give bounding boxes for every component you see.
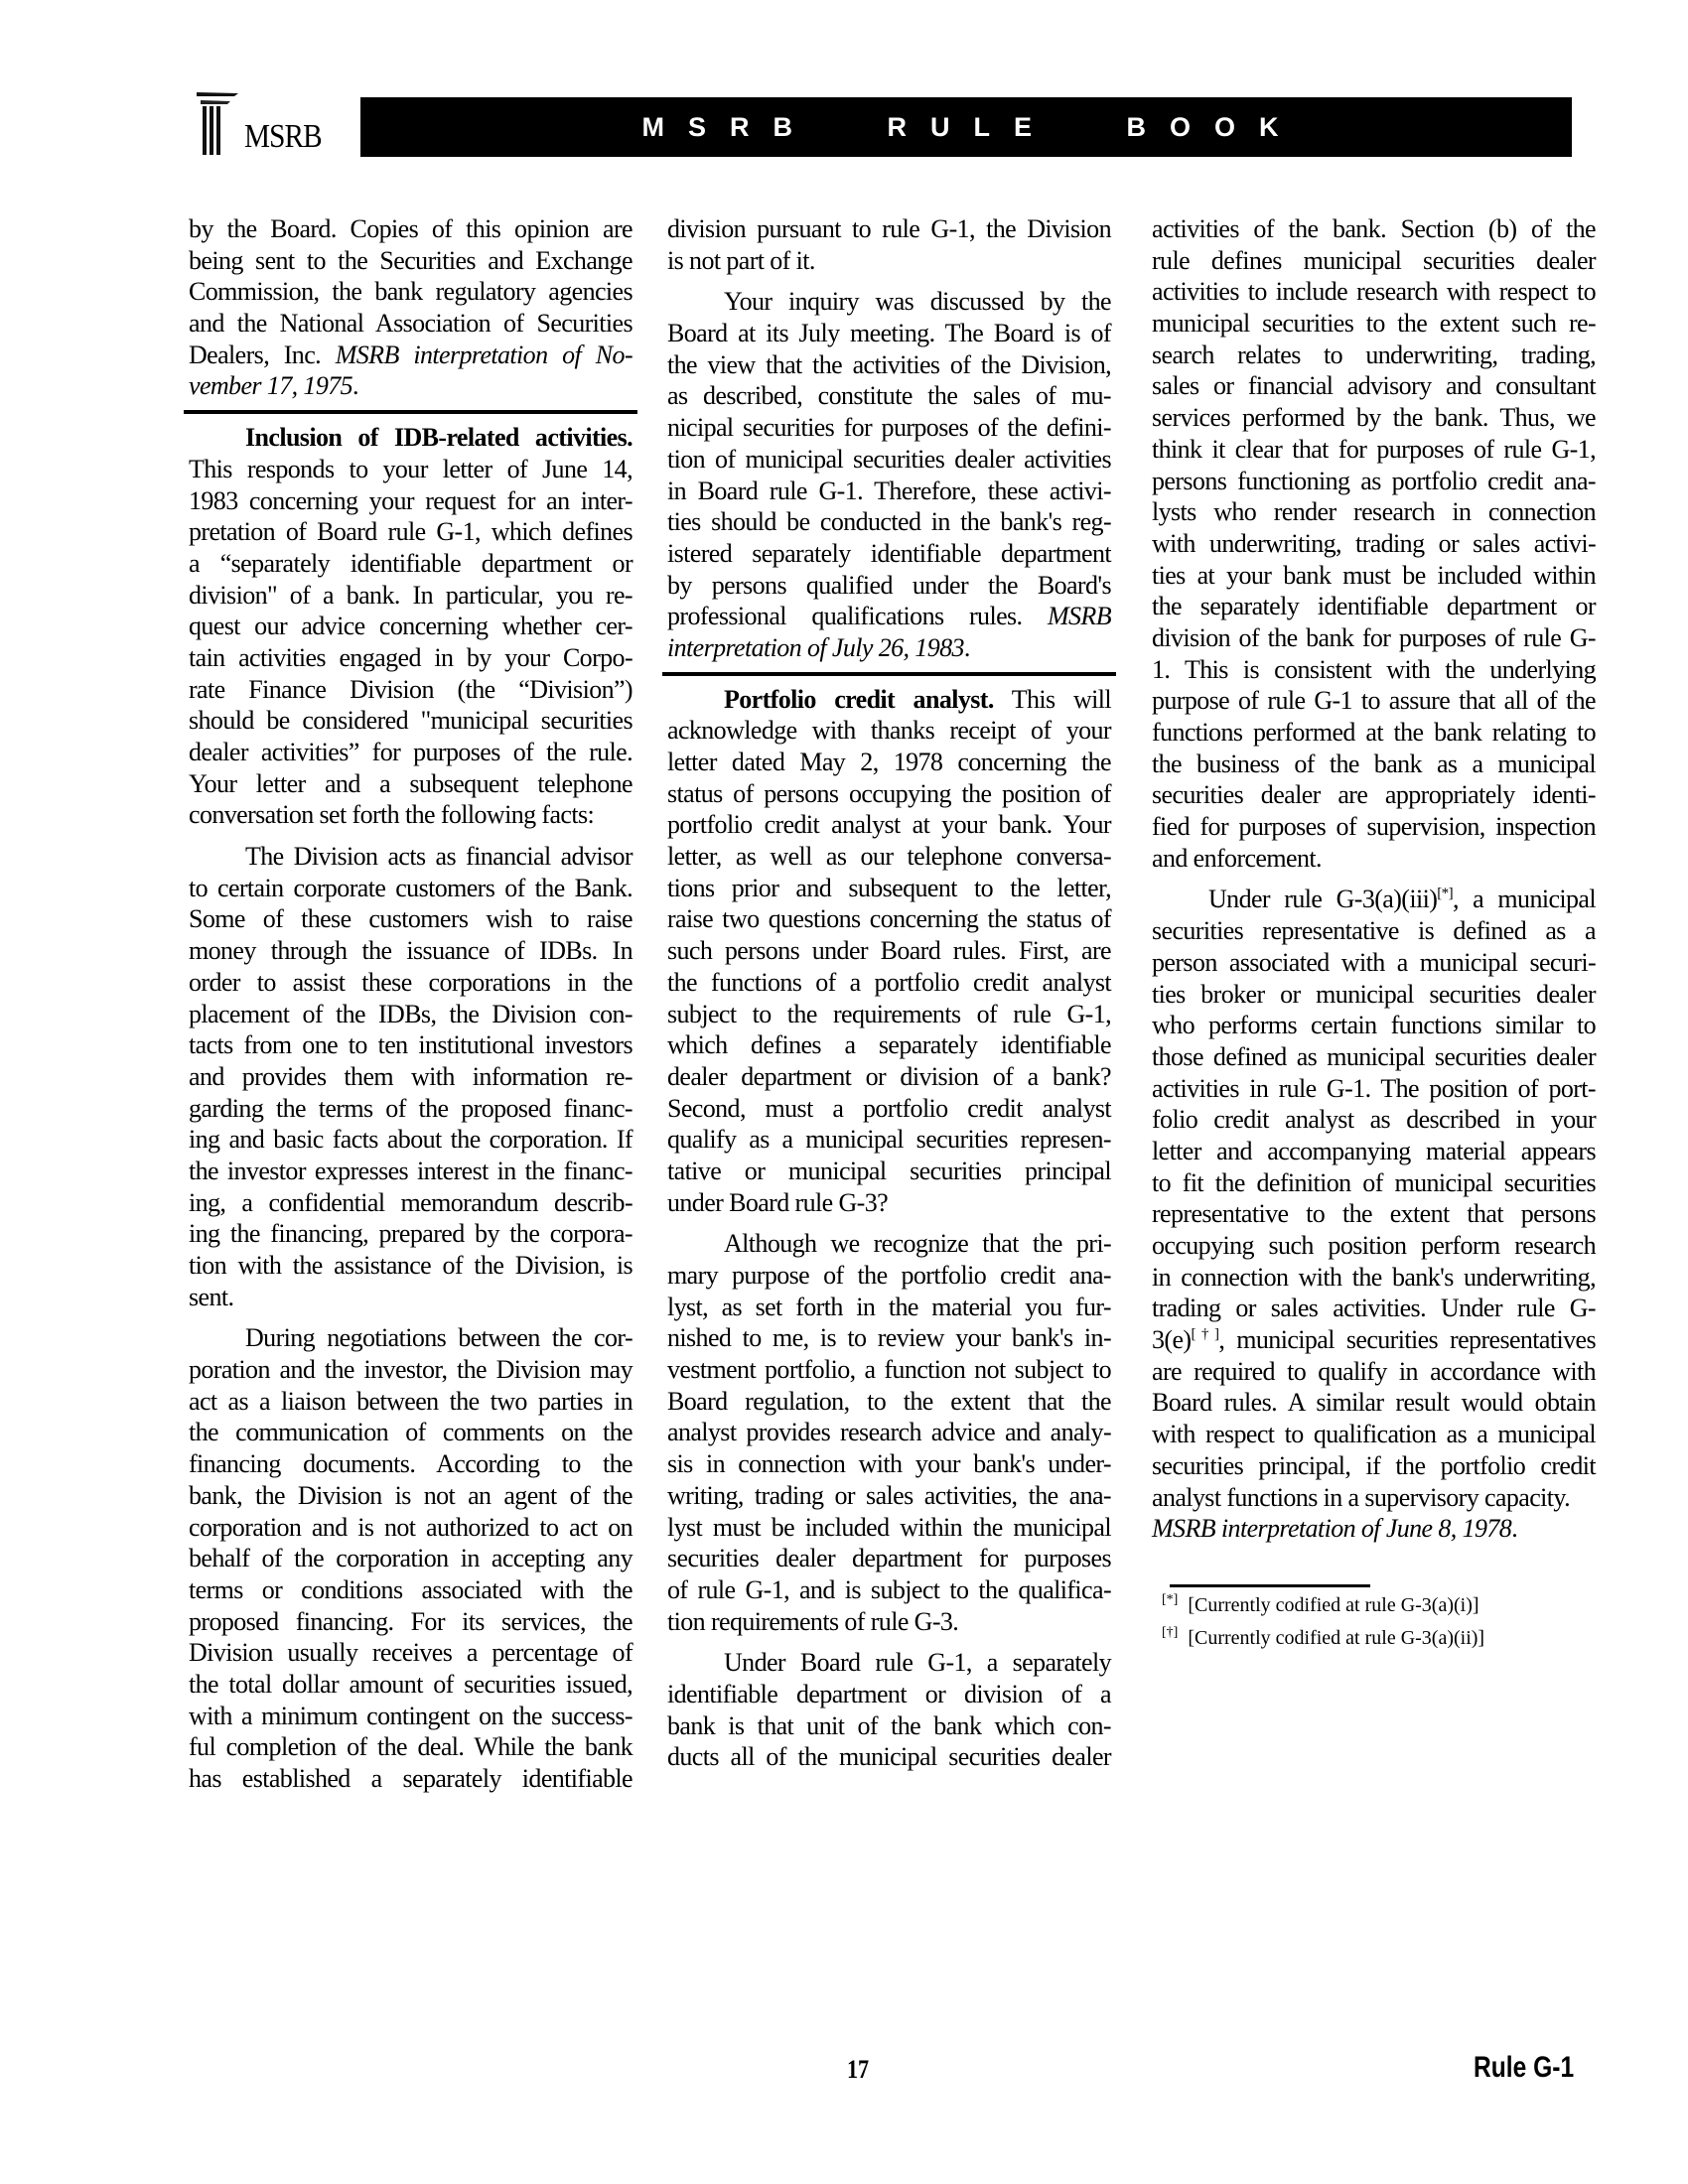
text-line: money through the issuance of IDBs. In [189,935,633,967]
text-line: istered separately identifiable departme… [667,538,1111,570]
text-line: analyst functions in a supervisory capac… [1152,1482,1596,1514]
text-line: ing and basic facts about the corporatio… [189,1124,633,1156]
footnote-ref[interactable]: [†] [1191,1326,1218,1342]
text-line: with underwriting, trading or sales acti… [1152,528,1596,560]
footnote-divider [1170,1584,1370,1587]
text-line: those defined as municipal securities de… [1152,1041,1596,1073]
paragraph: The Division acts as financial advisor t… [189,841,633,1312]
page-number: 17 [847,2055,869,2085]
text-line: ing the financing, prepared by the corpo… [189,1218,633,1250]
text-line: under Board rule G-3? [667,1187,1111,1219]
section-divider [184,410,637,414]
text-line: nicipal securities for purposes of the d… [667,412,1111,444]
text-line: municipal securities to the extent such … [1152,308,1596,340]
footnote-text: [Currently codified at rule G-3(a)(ii)] [1188,1627,1484,1649]
text-line: placement of the IDBs, the Division con- [189,999,633,1030]
text-line: to fit the definition of municipal secur… [1152,1167,1596,1199]
text-line: the business of the bank as a municipal [1152,749,1596,780]
text-line: professional qualifications rules. MSRB [667,601,1111,632]
text-line: mary purpose of the portfolio credit ana… [667,1260,1111,1292]
text-line: tion requirements of rule G-3. [667,1606,1111,1638]
text-line: and the National Association of Securiti… [189,308,633,340]
text-line: letter and accompanying material appears [1152,1136,1596,1167]
text-line: with a minimum contingent on the success… [189,1701,633,1732]
text-line: and provides them with information re- [189,1061,633,1093]
citation: MSRB [1048,602,1111,630]
text-line: order to assist these corporations in th… [189,967,633,999]
text-line: Division usually receives a percentage o… [189,1637,633,1669]
paragraph: Although we recognize that the pri- mary… [667,1228,1111,1637]
text-line: by the Board. Copies of this opinion are [189,213,633,245]
column-1: by the Board. Copies of this opinion are… [189,213,633,1795]
text-line: securities dealer department for purpose… [667,1543,1111,1574]
text-line: the total dollar amount of securities is… [189,1669,633,1701]
text-line: activities to include research with resp… [1152,276,1596,308]
text-line: ducts all of the municipal securities de… [667,1741,1111,1773]
section-heading: Inclusion of IDB-related activities. [189,422,633,454]
text-line: with respect to qualification as a munic… [1152,1419,1596,1450]
citation: vember 17, 1975 [189,371,352,400]
text-line: such persons under Board rules. First, a… [667,935,1111,967]
text-line: During negotiations between the cor- [189,1322,633,1354]
text-line: and enforcement. [1152,843,1596,875]
text-line: securities dealer are appropriately iden… [1152,779,1596,811]
text-line: vember 17, 1975. [189,370,633,402]
text-line: Board rules. A similar result would obta… [1152,1387,1596,1419]
text-line: This responds to your letter of June 14, [189,454,633,485]
text-line: in Board rule G-1. Therefore, these acti… [667,476,1111,507]
text-line: who performs certain functions similar t… [1152,1010,1596,1041]
text-line: interpretation of July 26, 1983. [667,632,1111,664]
text-line: lyst must be included within the municip… [667,1512,1111,1544]
text-line: think it clear that for purposes of rule… [1152,434,1596,466]
text-line: occupying such position perform research [1152,1230,1596,1262]
text-line: ties should be conducted in the bank's r… [667,506,1111,538]
text-line: qualify as a municipal securities repres… [667,1124,1111,1156]
footnote: [*][Currently codified at rule G-3(a)(i)… [1162,1592,1479,1618]
footnote-ref[interactable]: [*] [1437,886,1453,901]
text-line: dealer activities” for purposes of the r… [189,737,633,768]
rule-label: Rule G-1 [1474,2051,1574,2085]
text-line: Your inquiry was discussed by the [667,286,1111,318]
text-line: financing documents. According to the [189,1448,633,1480]
text-line: division" of a bank. In particular, you … [189,580,633,612]
text-line: in connection with the bank's underwriti… [1152,1262,1596,1294]
text-line: ties at your bank must be included withi… [1152,560,1596,592]
text-line: proposed financing. For its services, th… [189,1606,633,1638]
text-line: the investor expresses interest in the f… [189,1156,633,1187]
paragraph: activities of the bank. Section (b) of t… [1152,213,1596,874]
text-line: 1. This is consistent with the underlyin… [1152,654,1596,686]
text-line: has established a separately identifiabl… [189,1763,633,1795]
text-line: tain activities engaged in by your Corpo… [189,642,633,674]
text-line: Board regulation, to the extent that the [667,1386,1111,1418]
text-line: functions performed at the bank relating… [1152,717,1596,749]
text-line: activities of the bank. Section (b) of t… [1152,213,1596,245]
citation: interpretation of July 26, 1983 [667,633,964,662]
text-line: subject to the requirements of rule G-1, [667,999,1111,1030]
text-line: acknowledge with thanks receipt of your [667,715,1111,747]
text-line: Under Board rule G-1, a separately [667,1647,1111,1679]
text-line: Some of these customers wish to raise [189,903,633,935]
text-line: analyst provides research advice and ana… [667,1417,1111,1448]
text-line: nished to me, is to review your bank's i… [667,1322,1111,1354]
text-line: representative to the extent that person… [1152,1198,1596,1230]
text-line: quest our advice concerning whether cer- [189,611,633,642]
text-line: tion with the assistance of the Division… [189,1250,633,1282]
text-line: raise two questions concerning the statu… [667,903,1111,935]
text-line: rule defines municipal securities dealer [1152,245,1596,277]
header-bar: MSRB RULE BOOK [360,97,1572,157]
text-line: lysts who render research in connection [1152,496,1596,528]
text-line: letter, as well as our telephone convers… [667,841,1111,873]
text-line: activities in rule G-1. The position of … [1152,1073,1596,1105]
paragraph: Portfolio credit analyst. This will ackn… [667,684,1111,1219]
text-line: division pursuant to rule G-1, the Divis… [667,213,1111,245]
footnote-text: [Currently codified at rule G-3(a)(i)] [1188,1594,1478,1616]
text-line: trading or sales activities. Under rule … [1152,1293,1596,1324]
footnote-marker: [†] [1162,1625,1178,1640]
text-line: a “separately identifiable department or [189,548,633,580]
text-line: bank is that unit of the bank which con- [667,1710,1111,1742]
text-line: tative or municipal securities principal [667,1156,1111,1187]
text-line: folio credit analyst as described in you… [1152,1104,1596,1136]
text-line: The Division acts as financial advisor [189,841,633,873]
text-line: letter dated May 2, 1978 concerning the [667,747,1111,778]
text-line: fied for purposes of supervision, inspec… [1152,811,1596,843]
text-line: identifiable department or division of a [667,1679,1111,1710]
text-line: the separately identifiable department o… [1152,591,1596,622]
text-line: by persons qualified under the Board's [667,570,1111,602]
text-line: rate Finance Division (the “Division”) [189,674,633,706]
text-line: securities representative is defined as … [1152,915,1596,947]
text-line: corporation and is not authorized to act… [189,1512,633,1544]
text-line: search relates to underwriting, trading, [1152,340,1596,371]
text-line: behalf of the corporation in accepting a… [189,1543,633,1574]
text-line: Commission, the bank regulatory agencies [189,276,633,308]
text-line: vestment portfolio, a function not subje… [667,1354,1111,1386]
text-line: dealer department or division of a bank? [667,1061,1111,1093]
citation: MSRB interpretation of No- [336,341,633,369]
column-2: division pursuant to rule G-1, the Divis… [667,213,1111,1773]
footnote: [†][Currently codified at rule G-3(a)(ii… [1162,1625,1484,1651]
text-line: is not part of it. [667,245,1111,277]
text-line: Your letter and a subsequent telephone [189,768,633,800]
text-line: sent. [189,1282,633,1313]
text-line: the view that the activities of the Divi… [667,349,1111,381]
text-line: 3(e)[†], municipal securities representa… [1152,1324,1596,1356]
text-line: status of persons occupying the position… [667,778,1111,810]
text-line: which defines a separately identifiable [667,1029,1111,1061]
text-line: to certain corporate customers of the Ba… [189,873,633,904]
text-line: MSRB interpretation of June 8, 1978. [1152,1513,1596,1545]
text-line: securities principal, if the portfolio c… [1152,1450,1596,1482]
paragraph: Under Board rule G-1, a separately ident… [667,1647,1111,1773]
text-line: the functions of a portfolio credit anal… [667,967,1111,999]
text-line: pretation of Board rule G-1, which defin… [189,516,633,548]
text-line: bank, the Division is not an agent of th… [189,1480,633,1512]
section-divider [662,672,1116,676]
text-line: writing, trading or sales activities, th… [667,1480,1111,1512]
column-3: activities of the bank. Section (b) of t… [1152,213,1596,1545]
text-line: services performed by the bank. Thus, we [1152,402,1596,434]
footnote-marker: [*] [1162,1592,1178,1607]
paragraph: Inclusion of IDB-related activities. Thi… [189,422,633,831]
citation: MSRB interpretation of June 8, 1978 [1152,1514,1511,1543]
text-line: sales or financial advisory and consulta… [1152,370,1596,402]
text-line: persons functioning as portfolio credit … [1152,466,1596,497]
text-line: sis in connection with your bank's under… [667,1448,1111,1480]
text-line: 1983 concerning your request for an inte… [189,485,633,517]
paragraph: by the Board. Copies of this opinion are… [189,213,633,402]
paragraph: Your inquiry was discussed by the Board … [667,286,1111,663]
logo-text: MSRB [244,119,322,155]
text-line: Although we recognize that the pri- [667,1228,1111,1260]
msrb-logo: MSRB [195,89,344,159]
text-line: ties broker or municipal securities deal… [1152,979,1596,1011]
text-line: should be considered "municipal securiti… [189,705,633,737]
text-line: tion of municipal securities dealer acti… [667,444,1111,476]
text-line: poration and the investor, the Division … [189,1354,633,1386]
paragraph: Under rule G-3(a)(iii)[*], a municipal s… [1152,884,1596,1544]
text-line: the communication of comments on the [189,1417,633,1448]
section-heading: Portfolio credit analyst. This will [667,684,1111,716]
text-line: Dealers, Inc. MSRB interpretation of No- [189,340,633,371]
text-line: purpose of rule G-1 to assure that all o… [1152,685,1596,717]
text-line: Second, must a portfolio credit analyst [667,1093,1111,1125]
text-line: ful completion of the deal. While the ba… [189,1731,633,1763]
text-line: tions prior and subsequent to the letter… [667,873,1111,904]
text-line: person associated with a municipal secur… [1152,947,1596,979]
rulebook-title: MSRB RULE BOOK [360,97,1572,157]
paragraph: During negotiations between the cor- por… [189,1322,633,1794]
text-line: act as a liaison between the two parties… [189,1386,633,1418]
paragraph: division pursuant to rule G-1, the Divis… [667,213,1111,276]
text-line: being sent to the Securities and Exchang… [189,245,633,277]
text-line: conversation set forth the following fac… [189,799,633,831]
column-pillar-icon [195,89,240,157]
text-line: portfolio credit analyst at your bank. Y… [667,809,1111,841]
text-line: as described, constitute the sales of mu… [667,380,1111,412]
text-line: terms or conditions associated with the [189,1574,633,1606]
text-line: are required to qualify in accordance wi… [1152,1356,1596,1388]
text-line: garding the terms of the proposed financ… [189,1093,633,1125]
text-line: ing, a confidential memorandum describ- [189,1187,633,1219]
text-line: tacts from one to ten institutional inve… [189,1029,633,1061]
text-line: Board at its July meeting. The Board is … [667,318,1111,349]
text-line: lyst, as set forth in the material you f… [667,1292,1111,1323]
text-line: division of the bank for purposes of rul… [1152,622,1596,654]
text-line: Under rule G-3(a)(iii)[*], a municipal [1152,884,1596,915]
text-line: of rule G-1, and is subject to the quali… [667,1574,1111,1606]
